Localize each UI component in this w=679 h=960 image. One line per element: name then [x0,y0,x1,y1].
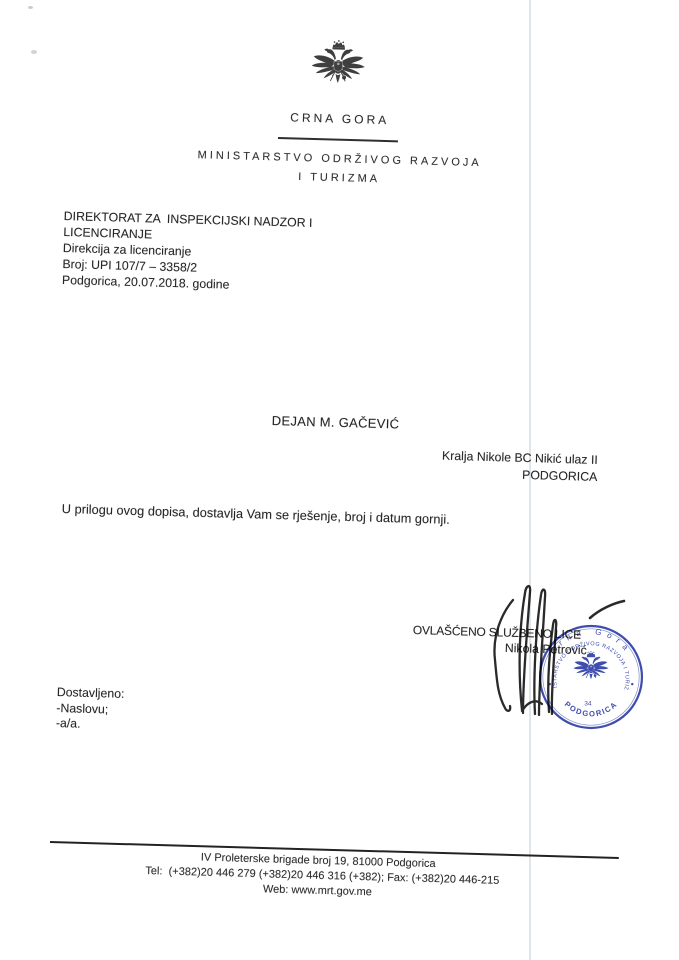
distribution-block: Dostavljeno: -Naslovu; -a/a. [56,685,125,733]
coat-of-arms-icon [306,37,370,107]
recipient-name: DEJAN M. GAČEVIĆ [272,413,400,432]
office-block: DIREKTORAT ZA INSPEKCIJSKI NADZOR I LICE… [62,208,313,295]
scan-speck [31,50,37,54]
scanned-letter-page: CRNA GORA MINISTARSTVO ODRŽIVOG RAZVOJA … [0,0,679,960]
letterhead-divider [278,137,398,142]
pen-slash-mark [590,601,624,618]
ministry-name: MINISTARSTVO ODRŽIVOG RAZVOJA I TURIZMA [154,145,525,193]
distribution-item: -a/a. [56,716,124,733]
distribution-item: -Naslovu; [56,700,124,717]
scan-speck [28,6,33,9]
footer-block: IV Proleterske brigade broj 19, 81000 Po… [145,849,491,903]
recipient-address: Kralja Nikole BC Nikić ulaz II PODGORICA [419,447,598,485]
country-name: CRNA GORA [240,109,440,129]
distribution-label: Dostavljeno: [57,685,125,702]
handwritten-signature-icon [478,573,648,723]
body-paragraph: U prilogu ovog dopisa, dostavlja Vam se … [62,501,450,527]
